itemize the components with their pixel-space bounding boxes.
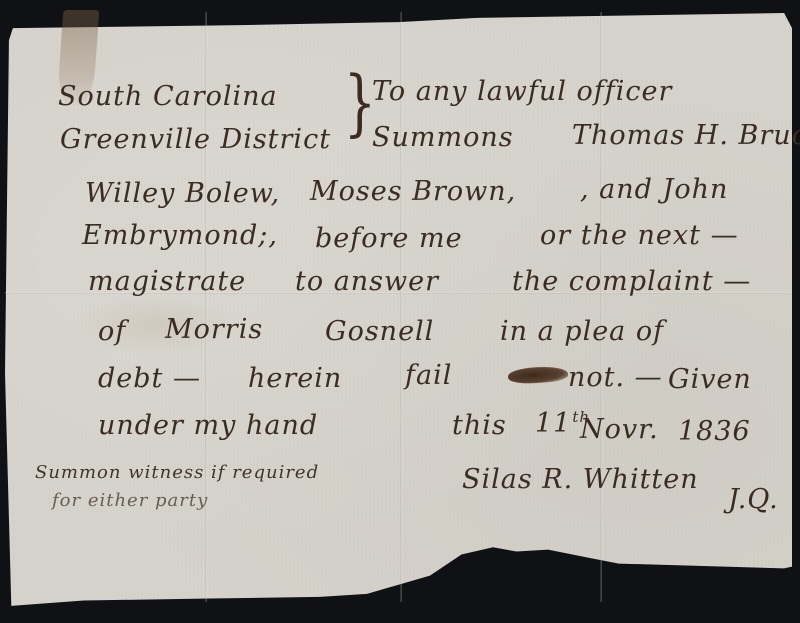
date-this: this bbox=[452, 412, 507, 439]
body-fail: fail bbox=[405, 362, 452, 389]
body-and-john: , and John bbox=[580, 176, 728, 203]
body-summons-word: Summons bbox=[372, 124, 514, 151]
body-the-complaint: the complaint — bbox=[512, 268, 751, 295]
body-given: Given bbox=[668, 366, 752, 393]
body-debt: debt — bbox=[98, 365, 201, 392]
document-scan: South Carolina Greenville District } To … bbox=[0, 0, 800, 623]
body-magistrate: magistrate bbox=[88, 268, 246, 295]
note-summon-witness: Summon witness if required bbox=[35, 464, 319, 482]
body-name-embrymond: Embrymond;, bbox=[82, 222, 278, 249]
body-name-morris: Morris bbox=[165, 316, 263, 343]
body-to-answer: to answer bbox=[295, 268, 439, 295]
body-name-moses-brown: Moses Brown, bbox=[310, 178, 516, 205]
body-before-me: before me bbox=[315, 225, 463, 252]
body-herein: herein bbox=[248, 365, 342, 392]
date-month: Novr. bbox=[580, 416, 659, 443]
body-name-gosnell: Gosnell bbox=[325, 318, 434, 345]
body-under-my-hand: under my hand bbox=[98, 412, 318, 439]
signature-name: Silas R. Whitten bbox=[462, 466, 699, 493]
signature-title: J.Q. bbox=[728, 486, 779, 513]
heading-state: South Carolina bbox=[58, 83, 278, 110]
note-either-party: for either party bbox=[52, 492, 208, 510]
date-year: 1836 bbox=[678, 418, 751, 445]
body-name-willey-bolew: Willey Bolew, bbox=[85, 180, 280, 207]
heading-district: Greenville District bbox=[60, 126, 331, 153]
address-line: To any lawful officer bbox=[372, 78, 672, 105]
body-name-thomas-bruce: Thomas H. Bruce, bbox=[572, 122, 800, 149]
body-not: not. — bbox=[568, 364, 663, 391]
date-day-number: 11 bbox=[535, 408, 571, 439]
body-in-a-plea-of: in a plea of bbox=[500, 318, 664, 345]
body-or-the-next: or the next — bbox=[540, 222, 739, 249]
body-of: of bbox=[98, 318, 126, 345]
